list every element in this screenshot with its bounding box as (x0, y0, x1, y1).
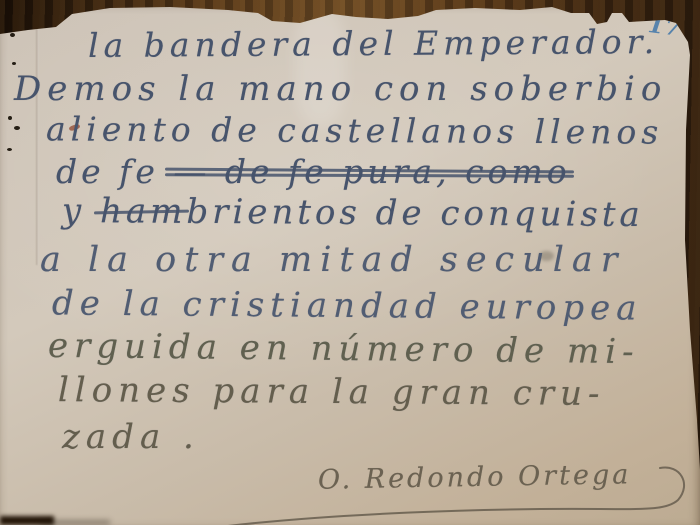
margin-ink-spot (7, 148, 12, 151)
handwritten-line-9: llones para la gran cru- (58, 370, 606, 414)
signature: O. Redondo Ortega (318, 459, 632, 495)
line-5-kept-text-2: brientos de conquista (186, 192, 644, 235)
handwritten-line-3: aliento de castellanos llenos (46, 109, 663, 151)
handwritten-line-4: de fe — de fe pura, como (56, 152, 571, 191)
handwritten-line-1: la bandera del Emperador. (88, 22, 659, 65)
bottom-edge-shadow-fade (40, 520, 110, 525)
handwritten-line-5: y hambrientos de conquista (62, 191, 644, 235)
paper-crease (36, 20, 39, 265)
handwritten-line-6: a la otra mitad secular (40, 240, 626, 280)
margin-ink-spot (8, 116, 12, 120)
handwritten-line-2: Demos la mano con soberbio (14, 69, 667, 109)
margin-ink-spot (12, 62, 16, 65)
manuscript-page: 17 la bandera del Emperador. Demos la ma… (0, 0, 700, 525)
margin-ink-spot (10, 33, 15, 37)
handwritten-line-10: zada . (62, 417, 200, 457)
handwritten-line-8: erguida en número de mi- (48, 326, 640, 372)
line-4-kept-text: de fe (56, 152, 173, 191)
handwritten-line-7: de la cristiandad europea (52, 283, 643, 328)
manuscript-photo: 17 la bandera del Emperador. Demos la ma… (0, 0, 700, 525)
line-5-crossed-out-text: ham (100, 191, 187, 232)
line-4-crossed-out-text: — de fe pura, como (173, 152, 570, 191)
margin-ink-spot (14, 126, 20, 130)
